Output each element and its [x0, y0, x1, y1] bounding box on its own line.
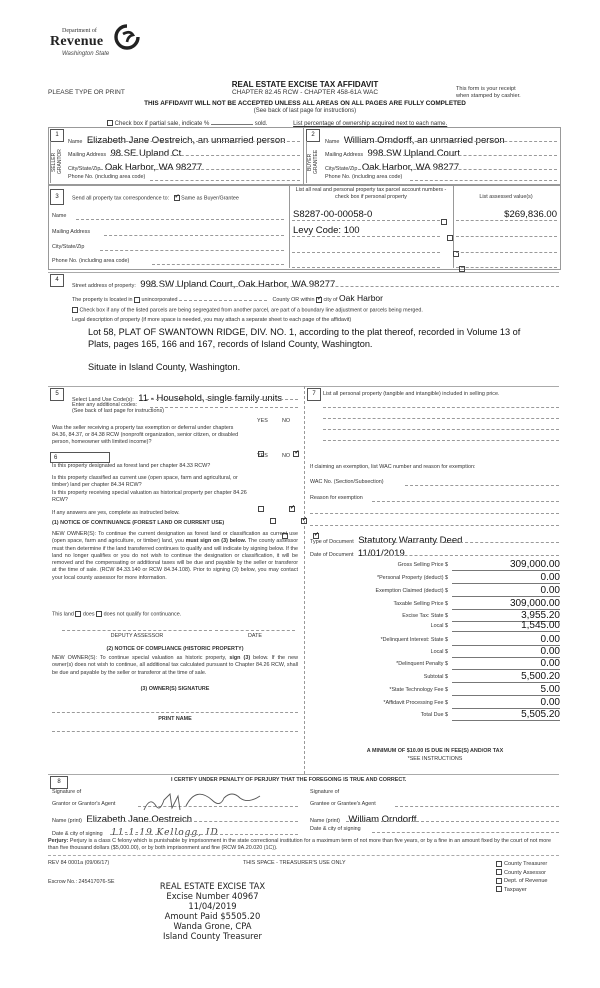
tax-row: Subtotal $5,500.20 [310, 671, 560, 685]
legal-description-line-3: Situate in Island County, Washington. [88, 362, 240, 372]
street-field[interactable]: 998 SW Upland Court, Oak Harbor, WA 9827… [140, 279, 335, 290]
assessed-value-underline [456, 252, 557, 253]
section-6-yes-checkbox[interactable] [258, 506, 264, 512]
tax-row-value[interactable]: 309,000.00 [452, 598, 560, 610]
notice-1-text: NEW OWNER(S): To continue the current de… [52, 531, 298, 582]
buyer-name-underline [345, 141, 557, 142]
grantee-name-field[interactable]: William Orndorff [348, 814, 416, 825]
grantee-name-row: Name (print) William Orndorff [310, 809, 416, 827]
seller-city-field[interactable]: Oak Harbor, WA 98277 [105, 162, 202, 173]
perjury-note: Perjury: Perjury is a class C felony whi… [48, 838, 563, 852]
same-as-buyer-label: Same as Buyer/Grantee [181, 195, 239, 201]
corr-phone-label: Phone No. (including area code) [52, 258, 129, 265]
section-4-number: 4 [50, 274, 64, 287]
copy-distribution-list: County TreasurerCounty AssessorDept. of … [496, 860, 548, 894]
stamp-line: Amount Paid $5505.20 [150, 911, 275, 921]
assessor-date-field[interactable] [215, 630, 295, 631]
seller-mailing-underline [110, 155, 300, 156]
grantee-date-field[interactable] [372, 832, 559, 833]
section-5-number: 5 [50, 388, 64, 401]
tax-row: *Personal Property (deduct) $0.00 [310, 572, 560, 586]
assessed-value-underline [456, 220, 557, 221]
owner-signature-field[interactable] [52, 712, 298, 713]
corr-mailing-label: Mailing Address [52, 229, 90, 236]
tax-row: Gross Selling Price $309,000.00 [310, 559, 560, 573]
completion-warning: THIS AFFIDAVIT WILL NOT BE ACCEPTED UNLE… [40, 100, 570, 107]
does-label: does [83, 611, 95, 617]
seller-city-underline [100, 169, 300, 170]
buyer-phone-label: Phone No. (including area code) [325, 174, 402, 181]
legal-label: Legal description of property (if more s… [72, 317, 351, 324]
county-or-label: County OR within [273, 297, 315, 303]
tax-row-value[interactable]: 5,500.20 [452, 671, 560, 683]
copy-label: Dept. of Revenue [504, 878, 548, 884]
grantee-date-label: Date & city of signing [310, 826, 361, 833]
print-name-label: PRINT NAME [52, 716, 298, 723]
parcel-account-field[interactable]: Levy Code: 100 [293, 225, 360, 236]
section-6-question: Is this property classified as current u… [52, 475, 248, 489]
tax-row: Total Due $5,505.20 [310, 709, 560, 723]
partial-sale-percent-field[interactable] [211, 118, 253, 125]
tax-row: *Delinquent Penalty $0.00 [310, 658, 560, 672]
tax-row-label: Gross Selling Price $ [398, 562, 448, 568]
buyer-grantee-label: BUYER GRANTEE [306, 141, 323, 183]
correspondence-label: Send all property tax correspondence to: [72, 195, 169, 201]
personal-property-checkbox[interactable] [447, 235, 453, 241]
tax-row-label: Excise Tax: State $ [402, 613, 448, 619]
tax-row-value[interactable]: 0.00 [452, 658, 560, 670]
parcel-account-underline [292, 267, 440, 268]
buyer-city-field[interactable]: Oak Harbor, WA 98277 [362, 162, 459, 173]
parcel-account-underline [292, 220, 440, 221]
tax-row-label: *Delinquent Interest: State $ [381, 637, 448, 643]
continuance-row: This land does does not qualify for cont… [52, 611, 181, 618]
tax-row: *State Technology Fee $5.00 [310, 684, 560, 698]
unincorporated-checkbox[interactable] [134, 297, 140, 303]
corr-city-label: City/State/Zip [52, 244, 84, 251]
grantor-date-underline [110, 834, 298, 835]
doc-date-underline [364, 555, 559, 556]
copy-label: County Assessor [504, 870, 546, 876]
personal-property-line-1[interactable] [323, 407, 559, 408]
reason-field[interactable] [372, 501, 559, 502]
parcel-divider-1 [289, 184, 290, 268]
copy-item: County Treasurer [496, 860, 548, 869]
corr-phone-field[interactable] [152, 264, 284, 265]
location-row: The property is located in unincorporate… [72, 293, 552, 304]
section-6-yes-checkbox[interactable] [270, 518, 276, 524]
segregated-checkbox[interactable] [72, 307, 78, 313]
tax-row-value[interactable]: 5.00 [452, 684, 560, 696]
seller-phone-label: Phone No. (including area code) [68, 174, 145, 181]
partial-sale-checkbox[interactable] [107, 120, 113, 126]
reason-field-line-2[interactable] [310, 513, 559, 514]
section-6-question: Is this property receiving special valua… [52, 490, 248, 504]
tax-row-label: *Personal Property (deduct) $ [377, 575, 448, 581]
personal-property-line-4[interactable] [323, 440, 559, 441]
assessed-header: List assessed value(s) [456, 194, 556, 201]
reason-field-line-3[interactable] [310, 525, 559, 526]
assessor-date-label: DATE [215, 633, 295, 640]
tax-row-label: Taxable Selling Price $ [393, 601, 448, 607]
tax-row-label: *State Technology Fee $ [389, 687, 448, 693]
parcel-account-underline [292, 236, 440, 237]
section-8-top-rule [48, 774, 559, 775]
doc-date-field[interactable]: 11/01/2019 [358, 548, 405, 559]
grantee-signature-field[interactable] [395, 806, 559, 807]
section-6-number: 6 [50, 452, 110, 463]
parcel-header: List all real and personal property tax … [292, 187, 450, 201]
corr-name-label: Name [52, 213, 66, 220]
land-use-underline [146, 399, 298, 400]
copy-checkbox[interactable] [496, 878, 502, 884]
tax-row: Local $1,545.00 [310, 620, 560, 634]
parcel-account-underline [292, 252, 440, 253]
personal-property-line-2[interactable] [323, 418, 559, 419]
seller-city-label: City/State/Zip [68, 166, 100, 172]
exemption-claim-label: If claiming an exemption, list WAC numbe… [310, 464, 476, 471]
this-land-label: This land [52, 611, 74, 617]
deputy-assessor-signature-field[interactable] [62, 630, 212, 631]
grantor-date-field[interactable]: 11-1-19 Kellogg, ID [111, 828, 219, 838]
no-header-6: NO [282, 453, 290, 460]
assessed-value-underline [456, 267, 557, 268]
doc-date-label: Date of Document [310, 552, 353, 558]
grantee-name-label: Name (print) [310, 818, 340, 824]
copy-label: Taxpayer [504, 887, 527, 893]
footer-rule [48, 855, 559, 856]
grantor-signature-label-1: Signature of [52, 789, 81, 796]
corr-name-field[interactable] [76, 219, 284, 220]
legal-description-line-1: Lot 58, PLAT OF SWANTOWN RIDGE, DIV. NO.… [88, 327, 520, 337]
section-6-no-checkbox[interactable] [289, 506, 295, 512]
copy-item: Dept. of Revenue [496, 877, 548, 886]
personal-property-line-3[interactable] [323, 429, 559, 430]
revenue-swirl-icon [114, 24, 140, 50]
perjury-bold: Perjury: [48, 838, 68, 844]
tax-row-label: Exemption Claimed (deduct) $ [375, 588, 448, 594]
section-7-number: 7 [307, 388, 321, 401]
street-row: Street address of property: 998 SW Uplan… [72, 274, 335, 292]
treasurer-use-only: THIS SPACE - TREASURER'S USE ONLY [243, 860, 346, 867]
deputy-assessor-label: DEPUTY ASSESSOR [62, 633, 212, 640]
seller-grantor-label: SELLER GRANTOR [50, 141, 67, 183]
notice-2-title: (2) NOTICE OF COMPLIANCE (HISTORIC PROPE… [52, 646, 298, 653]
tax-row-value[interactable]: 0.00 [452, 697, 560, 709]
copy-label: County Treasurer [504, 861, 547, 867]
tax-row-label: *Delinquent Penalty $ [396, 661, 448, 667]
no-header-5: NO [282, 418, 290, 425]
copy-checkbox[interactable] [496, 886, 502, 892]
tax-row-value[interactable]: 309,000.00 [452, 559, 560, 571]
legal-description-line-2: Plats, pages 165, 166 and 167, records o… [88, 339, 372, 349]
form-title: REAL ESTATE EXCISE TAX AFFIDAVIT [190, 80, 420, 89]
print-name-field[interactable] [52, 731, 298, 732]
section-4-top-rule [48, 272, 559, 273]
does-not-label: does not qualify for continuance. [104, 611, 182, 617]
grantee-signature-label-2: Grantee or Grantee's Agent [310, 801, 376, 808]
please-type-or-print: PLEASE TYPE OR PRINT [48, 89, 125, 97]
exemption-no-checkbox[interactable] [293, 451, 299, 457]
wac-label: WAC No. (Section/Subsection) [310, 479, 384, 486]
grantee-signature-label-1: Signature of [310, 789, 339, 796]
buyer-city-label: City/State/Zip [325, 166, 357, 172]
county-field[interactable] [179, 295, 267, 301]
tax-row-label: *Affidavit Processing Fee $ [383, 700, 448, 706]
section-3-number: 3 [50, 189, 64, 205]
receipt-note-line-1: This form is your receipt [456, 86, 521, 93]
does-qualify-checkbox[interactable] [75, 611, 81, 617]
buyer-city-underline [358, 169, 557, 170]
section-6-no-checkbox[interactable] [301, 518, 307, 524]
tax-row-value[interactable]: 0.00 [452, 585, 560, 597]
logo-state-text: Washington State [62, 51, 109, 57]
notice-2-bold: sign (3) [229, 655, 250, 661]
notice-2-text: NEW OWNER(S): To continue special valuat… [52, 655, 298, 677]
segregated-row: Check box if any of the listed parcels a… [72, 307, 562, 314]
perjury-text: Perjury is a class C felony which is pun… [48, 838, 551, 851]
correspondence-row: Send all property tax correspondence to:… [72, 195, 239, 202]
tax-row: Exemption Claimed (deduct) $0.00 [310, 585, 560, 599]
yes-header-6: YES [257, 453, 268, 460]
city-field[interactable]: Oak Harbor [339, 293, 383, 303]
instructions-note: (See back of last page for instructions) [40, 108, 570, 116]
tax-row-value[interactable]: 0.00 [452, 646, 560, 658]
personal-property-label: List all personal property (tangible and… [323, 391, 500, 398]
segregated-label: Check box if any of the listed parcels a… [80, 307, 423, 313]
dor-logo: Department of Revenue Washington State [48, 24, 158, 64]
city-checkbox[interactable] [316, 297, 322, 303]
stamp-line: REAL ESTATE EXCISE TAX [150, 881, 275, 891]
copy-item: Taxpayer [496, 886, 548, 895]
receipt-note: This form is your receipt when stamped b… [456, 86, 521, 100]
stamp-line: Excise Number 40967 [150, 891, 275, 901]
form-revision: REV 84 0001a (09/06/17) [48, 860, 109, 867]
grantee-name-underline [346, 821, 559, 822]
logo-name-text: Revenue [50, 34, 103, 50]
additional-codes-note: (See back of last page for instructions) [72, 408, 164, 415]
notice-1-title: (1) NOTICE OF CONTINUANCE (FOREST LAND O… [52, 520, 224, 527]
notice-1-bold: must sign on (3) below. [186, 538, 247, 544]
copy-checkbox[interactable] [496, 869, 502, 875]
treasurer-stamp: REAL ESTATE EXCISE TAXExcise Number 4096… [150, 881, 275, 941]
see-instructions-note: *SEE INSTRUCTIONS [310, 756, 560, 763]
seller-city-row: City/State/Zip Oak Harbor, WA 98277 [68, 157, 300, 175]
tax-row-value[interactable]: 1,545.00 [452, 620, 560, 632]
same-as-buyer-checkbox[interactable] [174, 195, 180, 201]
escrow-number: Escrow No.: 245417076-SE [48, 879, 115, 886]
if-yes-note: If any answers are yes, complete as inst… [52, 510, 180, 517]
located-label: The property is located in [72, 297, 133, 303]
notice-2-text-a: NEW OWNER(S): To continue special valuat… [52, 655, 229, 661]
parties-divider [303, 127, 304, 184]
section-8-number: 8 [50, 776, 68, 789]
stamp-line: Wanda Grone, CPA [150, 921, 275, 931]
minimum-due-note: A MINIMUM OF $10.00 IS DUE IN FEE(S) AND… [310, 748, 560, 755]
copy-checkbox[interactable] [496, 861, 502, 867]
tax-row-value[interactable]: 5,505.20 [452, 709, 560, 721]
buyer-mailing-underline [368, 155, 557, 156]
stamp-line: 11/04/2019 [150, 901, 275, 911]
additional-codes-field[interactable] [150, 407, 298, 408]
assessed-value-field[interactable]: $269,836.00 [456, 209, 557, 220]
buyer-phone-field[interactable] [410, 180, 557, 181]
tax-row-label: Local $ [431, 623, 448, 629]
form-subtitle: CHAPTER 82.45 RCW - CHAPTER 458-61A WAC [190, 89, 420, 96]
seller-name-underline [90, 141, 300, 142]
corr-mailing-field[interactable] [104, 235, 284, 236]
reason-label: Reason for exemption [310, 495, 363, 502]
tax-row-label: Total Due $ [421, 712, 448, 718]
unincorporated-label: unincorporated [142, 297, 178, 303]
yes-header-5: YES [257, 418, 268, 425]
personal-property-checkbox[interactable] [441, 219, 447, 225]
city-of-label: city of [323, 297, 337, 303]
seller-phone-field[interactable] [150, 180, 300, 181]
grantor-date-label: Date & city of signing [52, 831, 103, 837]
street-underline [150, 286, 559, 287]
tax-row-label: Subtotal $ [424, 674, 448, 680]
wac-field[interactable] [405, 485, 559, 486]
does-not-qualify-checkbox[interactable] [96, 611, 102, 617]
certify-statement: I CERTIFY UNDER PENALTY OF PERJURY THAT … [171, 777, 406, 784]
column-divider [304, 386, 306, 774]
corr-city-field[interactable] [100, 250, 284, 251]
tax-row-value[interactable]: 0.00 [452, 572, 560, 584]
section-6-question: Is this property designated as forest la… [52, 463, 248, 470]
tax-row-label: Local $ [431, 649, 448, 655]
exemption-question: Was the seller receiving a property tax … [52, 425, 248, 445]
copy-item: County Assessor [496, 869, 548, 878]
owner-signature-label: (3) OWNER(S) SIGNATURE [52, 686, 298, 693]
assessed-value-underline [456, 236, 557, 237]
parcel-list: S8287-00-00058-0$269,836.00Levy Code: 10… [0, 0, 600, 18]
buyer-city-row: City/State/Zip Oak Harbor, WA 98277 [325, 157, 557, 175]
tax-row-value[interactable]: 0.00 [452, 634, 560, 646]
stamp-line: Island County Treasurer [150, 931, 275, 941]
parcel-account-field[interactable]: S8287-00-00058-0 [293, 209, 372, 220]
receipt-note-line-2: when stamped by cashier. [456, 93, 521, 100]
street-label: Street address of property: [72, 283, 136, 289]
grantor-signature-label-2: Grantor or Grantor's Agent [52, 801, 115, 808]
notice-1-text-b: The county assessor must then determine … [52, 538, 298, 580]
